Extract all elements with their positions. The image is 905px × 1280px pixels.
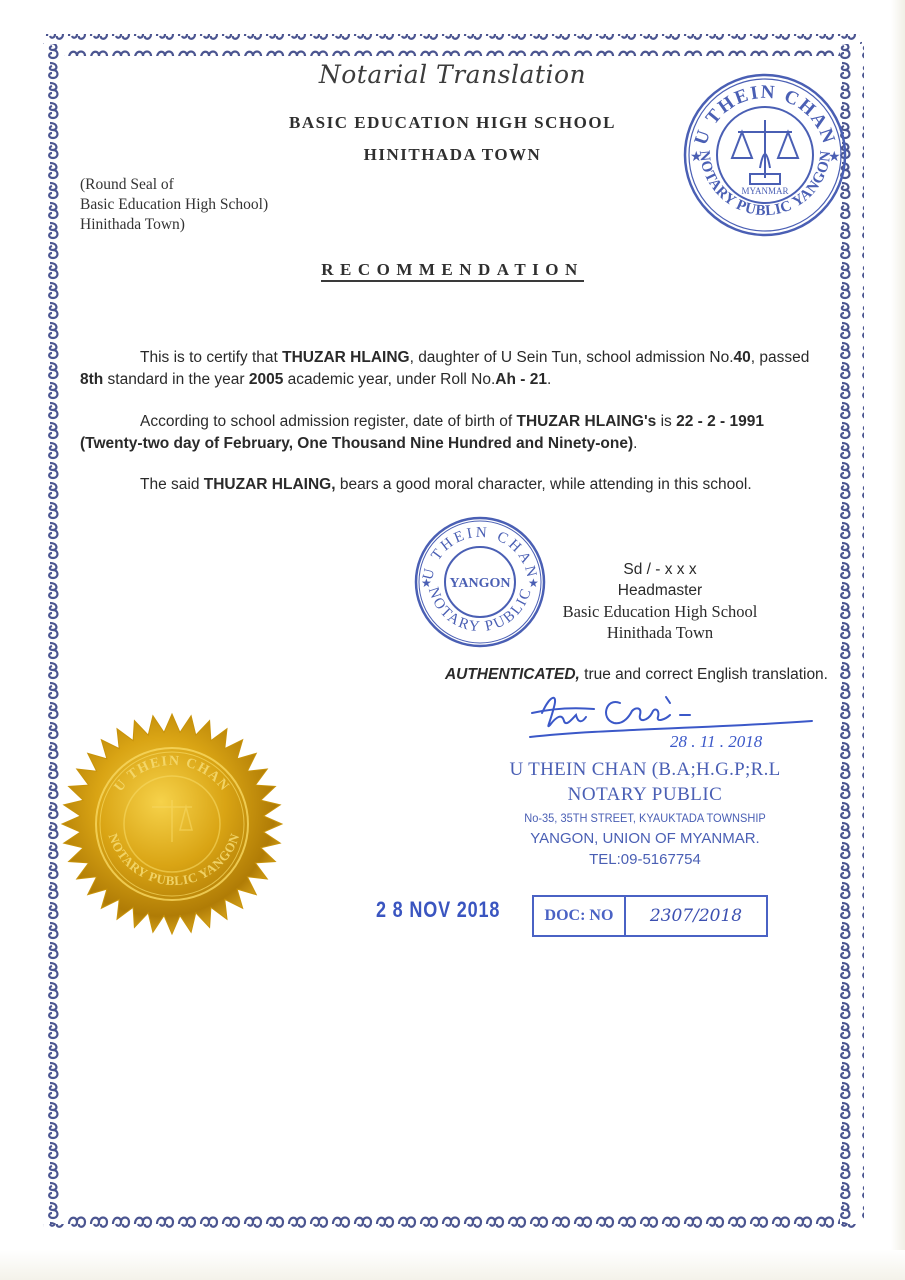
seal-note: (Round Seal of Basic Education High Scho… [80, 175, 320, 235]
svg-text:★: ★ [528, 576, 539, 590]
headmaster-signatory: Sd / - x x x Headmaster Basic Education … [550, 559, 770, 643]
roll-number: Ah - 21 [495, 371, 547, 388]
notary-city: YANGON, UNION OF MYANMAR. [470, 828, 820, 849]
date-of-birth-words: (Twenty-two day of February, One Thousan… [80, 435, 633, 452]
signatory-town: Hinithada Town [550, 622, 770, 643]
gold-foil-seal: U THEIN CHAN NOTARY PUBLIC YANGON [60, 712, 285, 937]
standard: 8th [80, 371, 103, 388]
notary-stamp-block: U THEIN CHAN (B.A;H.G.P;R.L NOTARY PUBLI… [470, 758, 820, 870]
scales-of-justice-icon [732, 120, 798, 184]
svg-text:NOTARY PUBLIC: NOTARY PUBLIC [425, 585, 535, 635]
authenticated-label: AUTHENTICATED, [445, 666, 580, 683]
seal-note-line: Basic Education High School) [80, 195, 320, 215]
notary-signature: 28 . 11 . 2018 [520, 685, 820, 755]
date-stamp: 2 8 NOV 2018 [376, 897, 500, 923]
notary-round-seal-small: U THEIN CHAN NOTARY PUBLIC ★ ★ YANGON [410, 515, 550, 650]
certification-paragraph: This is to certify that THUZAR HLAING, d… [80, 347, 828, 391]
notary-address: No-35, 35TH STREET, KYAUKTADA TOWNSHIP [484, 808, 806, 828]
date-of-birth: 22 - 2 - 1991 [676, 413, 764, 430]
notary-phone: TEL:09-5167754 [470, 849, 820, 870]
seal-note-line: Hinithada Town) [80, 215, 320, 235]
notary-name: U THEIN CHAN (B.A;H.G.P;R.L [470, 758, 820, 782]
signatory-institution: Basic Education High School [550, 601, 770, 622]
admission-number: 40 [734, 349, 751, 366]
document-number-box: DOC: NO 2307/2018 [532, 895, 768, 937]
character-paragraph: The said THUZAR HLAING, bears a good mor… [80, 474, 828, 496]
document-number-value: 2307/2018 [626, 897, 766, 935]
svg-text:★: ★ [828, 150, 841, 165]
svg-text:★: ★ [421, 576, 432, 590]
svg-text:MYANMAR: MYANMAR [741, 186, 788, 196]
svg-text:YANGON: YANGON [450, 576, 511, 591]
signature-placeholder: Sd / - x x x [550, 559, 770, 580]
svg-text:★: ★ [690, 150, 703, 165]
birthdate-paragraph: According to school admission register, … [80, 411, 828, 455]
notary-round-seal-large: U THEIN CHAN NOTARY PUBLIC YANGON ★ ★ MY… [680, 70, 850, 240]
signatory-role: Headmaster [550, 580, 770, 601]
document-heading: RECOMMENDATION [0, 260, 905, 280]
academic-year: 2005 [249, 371, 283, 388]
student-name: THUZAR HLAING [282, 349, 409, 366]
student-name: THUZAR HLAING's [517, 413, 657, 430]
seal-note-line: (Round Seal of [80, 175, 320, 195]
svg-text:28 . 11 . 2018: 28 . 11 . 2018 [670, 732, 763, 751]
student-name: THUZAR HLAING, [204, 476, 336, 493]
authentication-line: AUTHENTICATED, true and correct English … [400, 666, 828, 684]
document-number-label: DOC: NO [534, 897, 626, 935]
notary-title: NOTARY PUBLIC [470, 782, 820, 808]
